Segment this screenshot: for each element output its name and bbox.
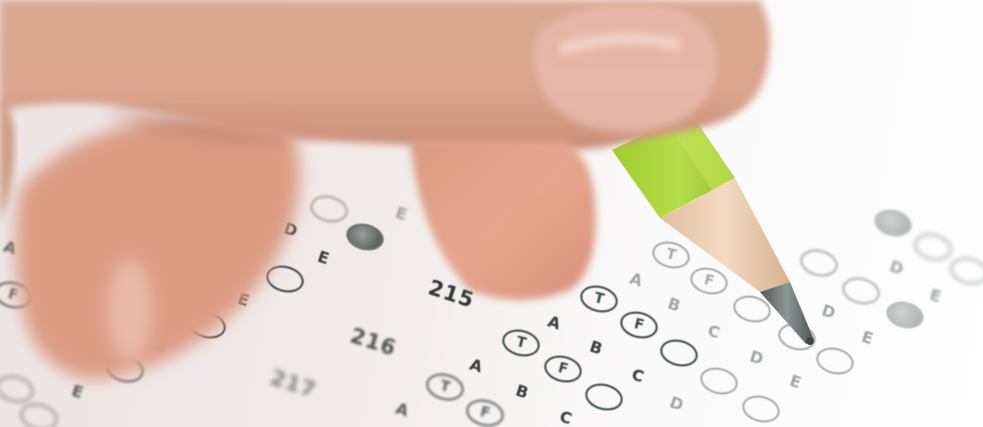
bubble-label: T xyxy=(514,334,527,352)
choice-label-e: E xyxy=(153,335,169,356)
choice-label-a: A xyxy=(393,399,411,421)
answer-bubble[interactable] xyxy=(582,380,625,414)
choice-label-d: D xyxy=(667,392,686,414)
answer-bubble[interactable] xyxy=(697,364,740,398)
choice-label-e: E xyxy=(69,381,85,402)
answer-bubble[interactable] xyxy=(0,372,37,406)
question-number-216: 216 xyxy=(347,323,399,360)
bubble-true[interactable]: T xyxy=(649,238,692,272)
choice-label-e: E xyxy=(315,247,331,268)
answer-bubble[interactable] xyxy=(307,192,350,226)
choice-label-a: A xyxy=(627,269,645,291)
bubble-label: F xyxy=(556,360,569,378)
choice-label-e: E xyxy=(787,371,803,392)
answer-bubble[interactable] xyxy=(730,292,773,326)
bubble-label: F xyxy=(702,272,715,290)
bubble-false[interactable]: F xyxy=(687,264,730,298)
answer-bubble[interactable] xyxy=(797,246,840,280)
answer-bubble[interactable] xyxy=(911,230,954,264)
choice-label-c: C xyxy=(557,407,574,427)
answer-bubble[interactable] xyxy=(947,254,983,288)
choice-label-e: E xyxy=(859,327,875,348)
filled-bubble[interactable] xyxy=(871,206,914,240)
choice-label-a: A xyxy=(1,237,19,259)
bubble-false[interactable]: F xyxy=(0,278,35,312)
choice-label-b: B xyxy=(587,337,604,359)
answer-bubble[interactable] xyxy=(739,392,782,426)
choice-label-e: E xyxy=(393,203,409,224)
choice-label-d: D xyxy=(281,218,300,240)
filled-bubble[interactable] xyxy=(883,298,926,332)
bubble-label: F xyxy=(632,316,645,334)
choice-label-d: D xyxy=(819,300,838,322)
photo-scene: 215 216 217 A T B F A B C C F T D D E D … xyxy=(0,0,983,427)
answer-bubble[interactable] xyxy=(103,352,146,386)
bubble-false[interactable]: F xyxy=(617,308,660,342)
answer-bubble[interactable] xyxy=(263,262,306,296)
bubble-false[interactable]: F xyxy=(541,352,584,386)
bubble-label: T xyxy=(438,378,451,396)
choice-label-e: E xyxy=(927,285,943,306)
answer-bubble[interactable] xyxy=(17,400,60,427)
bubble-false[interactable]: F xyxy=(463,396,506,427)
choice-label-b: B xyxy=(665,294,682,316)
bubble-true[interactable]: T xyxy=(423,370,466,404)
question-number-217: 217 xyxy=(267,365,319,402)
bubble-true[interactable]: T xyxy=(577,282,620,316)
choice-label-a: A xyxy=(545,312,563,334)
bubble-label: F xyxy=(6,286,19,304)
bubble-label: T xyxy=(592,290,605,308)
answer-bubble[interactable] xyxy=(775,320,818,354)
choice-label-c: C xyxy=(629,365,646,387)
answer-bubble[interactable] xyxy=(185,308,228,342)
filled-bubble[interactable] xyxy=(343,220,386,254)
answer-sheet: 215 216 217 A T B F A B C C F T D D E D … xyxy=(0,0,983,427)
question-number-215: 215 xyxy=(425,275,477,312)
choice-label-d: D xyxy=(887,256,906,278)
choice-label-a: A xyxy=(467,355,485,377)
choice-label-c: C xyxy=(705,321,722,343)
choice-label-d: D xyxy=(747,346,766,368)
answer-bubble[interactable] xyxy=(657,336,700,370)
choice-label-e: E xyxy=(235,289,251,310)
answer-bubble[interactable] xyxy=(813,344,856,378)
choice-label-b: B xyxy=(513,381,530,403)
bubble-label: T xyxy=(664,246,677,264)
bubble-label: F xyxy=(478,404,491,422)
answer-bubble[interactable] xyxy=(839,274,882,308)
bubble-true[interactable]: T xyxy=(499,326,542,360)
